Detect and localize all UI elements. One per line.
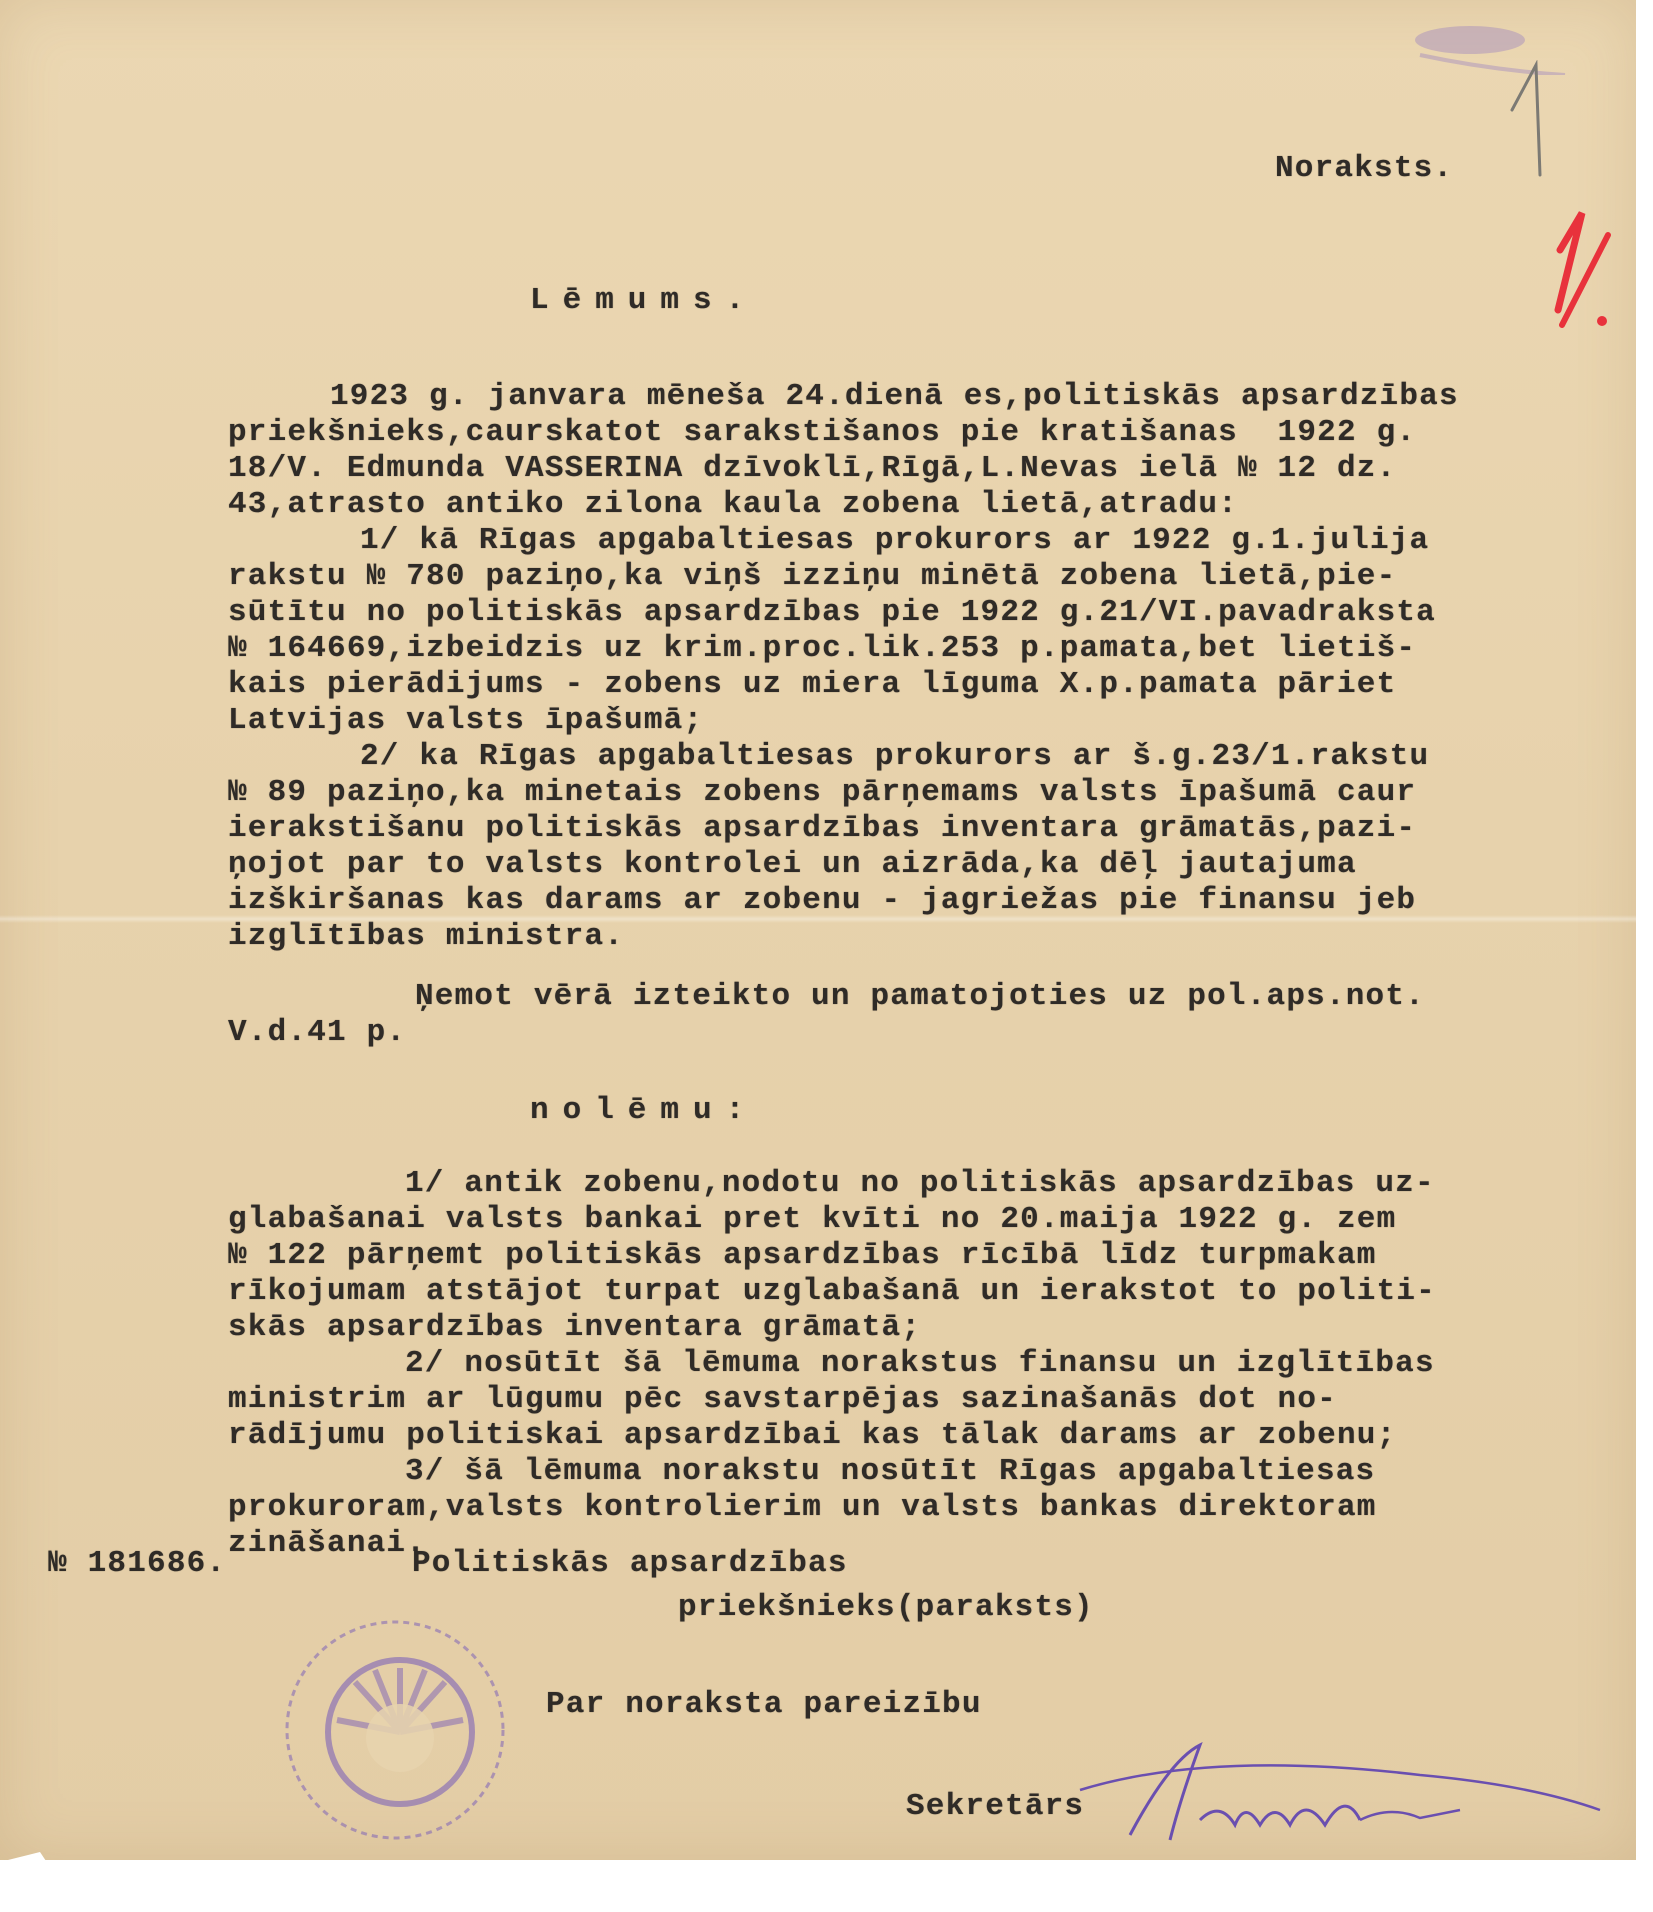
text-line: izglītības ministra.: [228, 918, 624, 955]
text-line: sūtītu no politiskās apsardzības pie 192…: [228, 594, 1436, 631]
text-line: prokuroram,valsts kontrolierim un valsts…: [228, 1489, 1377, 1526]
text-line: 3/ šā lēmuma norakstu nosūtīt Rīgas apga…: [405, 1453, 1375, 1490]
text-line: 2/ ka Rīgas apgabaltiesas prokurors ar š…: [360, 738, 1429, 775]
signatory-title: Politiskās apsardzības: [412, 1545, 848, 1582]
text-line: 1/ antik zobenu,nodotu no politiskās aps…: [405, 1165, 1435, 1202]
document-number: № 181686.: [48, 1545, 226, 1582]
text-line: rādījumu politiskai apsardzībai kas tāla…: [228, 1417, 1396, 1454]
text-line: ierakstišanu politiskās apsardzības inve…: [228, 810, 1416, 847]
text-line: 43,atrasto antiko zilona kaula zobena li…: [228, 486, 1238, 523]
page-title: Lēmums.: [530, 282, 758, 319]
decision-heading: nolēmu:: [530, 1092, 758, 1129]
text-line: priekšnieks,caurskatot sarakstišanos pie…: [228, 414, 1416, 451]
text-line: rakstu № 780 paziņo,ka viņš izziņu minēt…: [228, 558, 1396, 595]
certification-text: Par noraksta pareizību: [546, 1686, 982, 1723]
text-line: izškiršanas kas darams ar zobenu - jagri…: [228, 882, 1416, 919]
header-label: Noraksts.: [1275, 150, 1453, 187]
text-line: № 89 paziņo,ka minetais zobens pārņemams…: [228, 774, 1416, 811]
text-line: V.d.41 p.: [228, 1014, 406, 1051]
text-line: Latvijas valsts īpašumā;: [228, 702, 703, 739]
document-paper: Noraksts. Lēmums. 1923 g. janvara mēneša…: [0, 0, 1636, 1860]
signatory-signature-note: priekšnieks(paraksts): [678, 1589, 1094, 1626]
red-page-number-icon: [1550, 205, 1630, 335]
text-line: 18/V. Edmunda VASSERINA dzīvoklī,Rīgā,L.…: [228, 450, 1396, 487]
text-line: № 164669,izbeidzis uz krim.proc.lik.253 …: [228, 630, 1416, 667]
text-line: 2/ nosūtīt šā lēmuma norakstus finansu u…: [405, 1345, 1435, 1382]
text-line: zināšanai.: [228, 1525, 426, 1562]
text-line: 1/ kā Rīgas apgabaltiesas prokurors ar 1…: [360, 522, 1429, 559]
text-line: ņojot par to valsts kontrolei un aizrāda…: [228, 846, 1357, 883]
torn-paper-edge: [0, 1792, 1653, 1912]
text-line: № 122 pārņemt politiskās apsardzības rīc…: [228, 1237, 1377, 1274]
text-line: kais pierādijums - zobens uz miera līgum…: [228, 666, 1396, 703]
text-line: 1923 g. janvara mēneša 24.dienā es,polit…: [330, 378, 1459, 415]
text-line: rīkojumam atstājot turpat uzglabašanā un…: [228, 1273, 1436, 1310]
text-line: ministrim ar lūgumu pēc savstarpējas saz…: [228, 1381, 1337, 1418]
text-line: Ņemot vērā izteikto un pamatojoties uz p…: [415, 978, 1425, 1015]
text-line: skās apsardzības inventara grāmatā;: [228, 1309, 921, 1346]
pencil-page-number-icon: [1508, 60, 1548, 180]
text-line: glabašanai valsts bankai pret kvīti no 2…: [228, 1201, 1396, 1238]
